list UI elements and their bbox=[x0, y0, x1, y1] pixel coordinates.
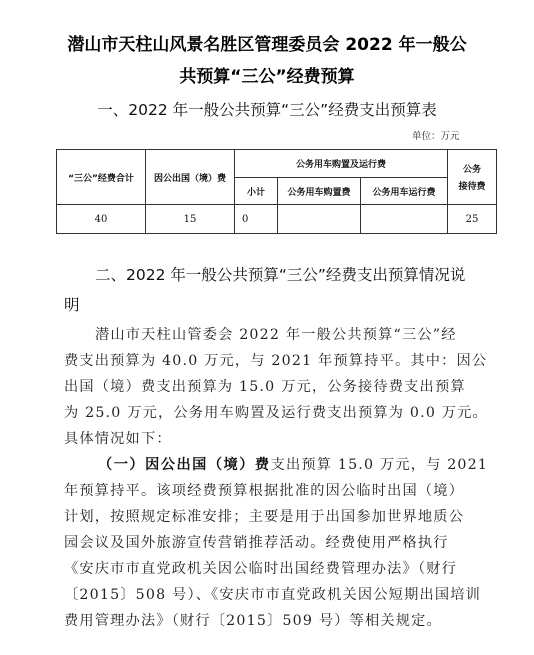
header-reception-line-1: 公务 bbox=[448, 162, 496, 175]
header-overseas: 因公出国（境）费 bbox=[146, 150, 235, 205]
header-vehicle-group: 公务用车购置及运行费 bbox=[235, 150, 448, 178]
cell-total: 40 bbox=[57, 205, 146, 234]
paragraph-1-line-5: 具体情况如下： bbox=[64, 428, 172, 448]
subsection-1-first-line: （一）因公出国（境）费支出预算 15.0 万元，与 2021 bbox=[98, 454, 488, 474]
paragraph-2-line-1: 年预算持平。该项经费预算根据批准的因公临时出国（境） bbox=[64, 480, 464, 500]
cell-vehicle-purchase bbox=[278, 205, 361, 234]
header-total: “三公”经费合计 bbox=[57, 150, 146, 205]
header-reception: 公务 接待费 bbox=[448, 150, 497, 205]
table-row: 40 15 0 25 bbox=[57, 205, 497, 234]
header-vehicle-operation: 公务用车运行费 bbox=[361, 178, 448, 205]
paragraph-2-line-4: 《安庆市市直党政机关因公临时出国经费管理办法》（财行 bbox=[64, 558, 457, 578]
header-vehicle-subtotal: 小计 bbox=[235, 178, 278, 205]
unit-label: 单位：万元 bbox=[412, 128, 460, 142]
section-2-heading-line-1: 二、2022 年一般公共预算“三公”经费支出预算情况说 bbox=[95, 263, 465, 285]
cell-vehicle-subtotal: 0 bbox=[235, 205, 278, 234]
section-2-heading-line-2: 明 bbox=[64, 293, 80, 315]
header-vehicle-purchase: 公务用车购置费 bbox=[278, 178, 361, 205]
paragraph-1-line-4: 为 25.0 万元，公务用车购置及运行费支出预算为 0.0 万元。 bbox=[64, 402, 488, 422]
three-public-expenses-table: “三公”经费合计 因公出国（境）费 公务用车购置及运行费 公务 接待费 小计 公… bbox=[56, 149, 497, 234]
paragraph-2-line-6: 费用管理办法》（财行〔2015〕509 号）等相关规定。 bbox=[64, 610, 442, 630]
paragraph-2-line-2: 计划，按照规定标准安排；主要是用于出国参加世界地质公 bbox=[64, 506, 464, 526]
cell-reception: 25 bbox=[448, 205, 497, 234]
table-header-row: “三公”经费合计 因公出国（境）费 公务用车购置及运行费 公务 接待费 bbox=[57, 150, 497, 178]
document-title-line-2: 共预算“三公”经费预算 bbox=[0, 62, 534, 87]
subsection-1-heading: （一）因公出国（境）费 bbox=[98, 457, 271, 473]
paragraph-2-line-3: 园会议及国外旅游宣传营销推荐活动。经费使用严格执行 bbox=[64, 532, 449, 552]
paragraph-1-line-1: 潜山市天柱山管委会 2022 年一般公共预算“三公”经 bbox=[95, 324, 457, 344]
paragraph-2-line-5: 〔2015〕508 号）、《安庆市市直党政机关因公短期出国培训 bbox=[64, 584, 481, 604]
document-title-line-1: 潜山市天柱山风景名胜区管理委员会 2022 年一般公 bbox=[0, 30, 534, 55]
paragraph-1-line-3: 出国（境）费支出预算为 15.0 万元，公务接待费支出预算 bbox=[64, 376, 466, 396]
subsection-1-first-text: 支出预算 15.0 万元，与 2021 bbox=[271, 457, 489, 473]
cell-vehicle-operation bbox=[361, 205, 448, 234]
header-reception-line-2: 接待费 bbox=[448, 179, 496, 192]
section-1-heading: 一、2022 年一般公共预算“三公”经费支出预算表 bbox=[0, 98, 534, 120]
cell-overseas: 15 bbox=[146, 205, 235, 234]
paragraph-1-line-2: 费支出预算为 40.0 万元，与 2021 年预算持平。其中：因公 bbox=[64, 350, 487, 370]
